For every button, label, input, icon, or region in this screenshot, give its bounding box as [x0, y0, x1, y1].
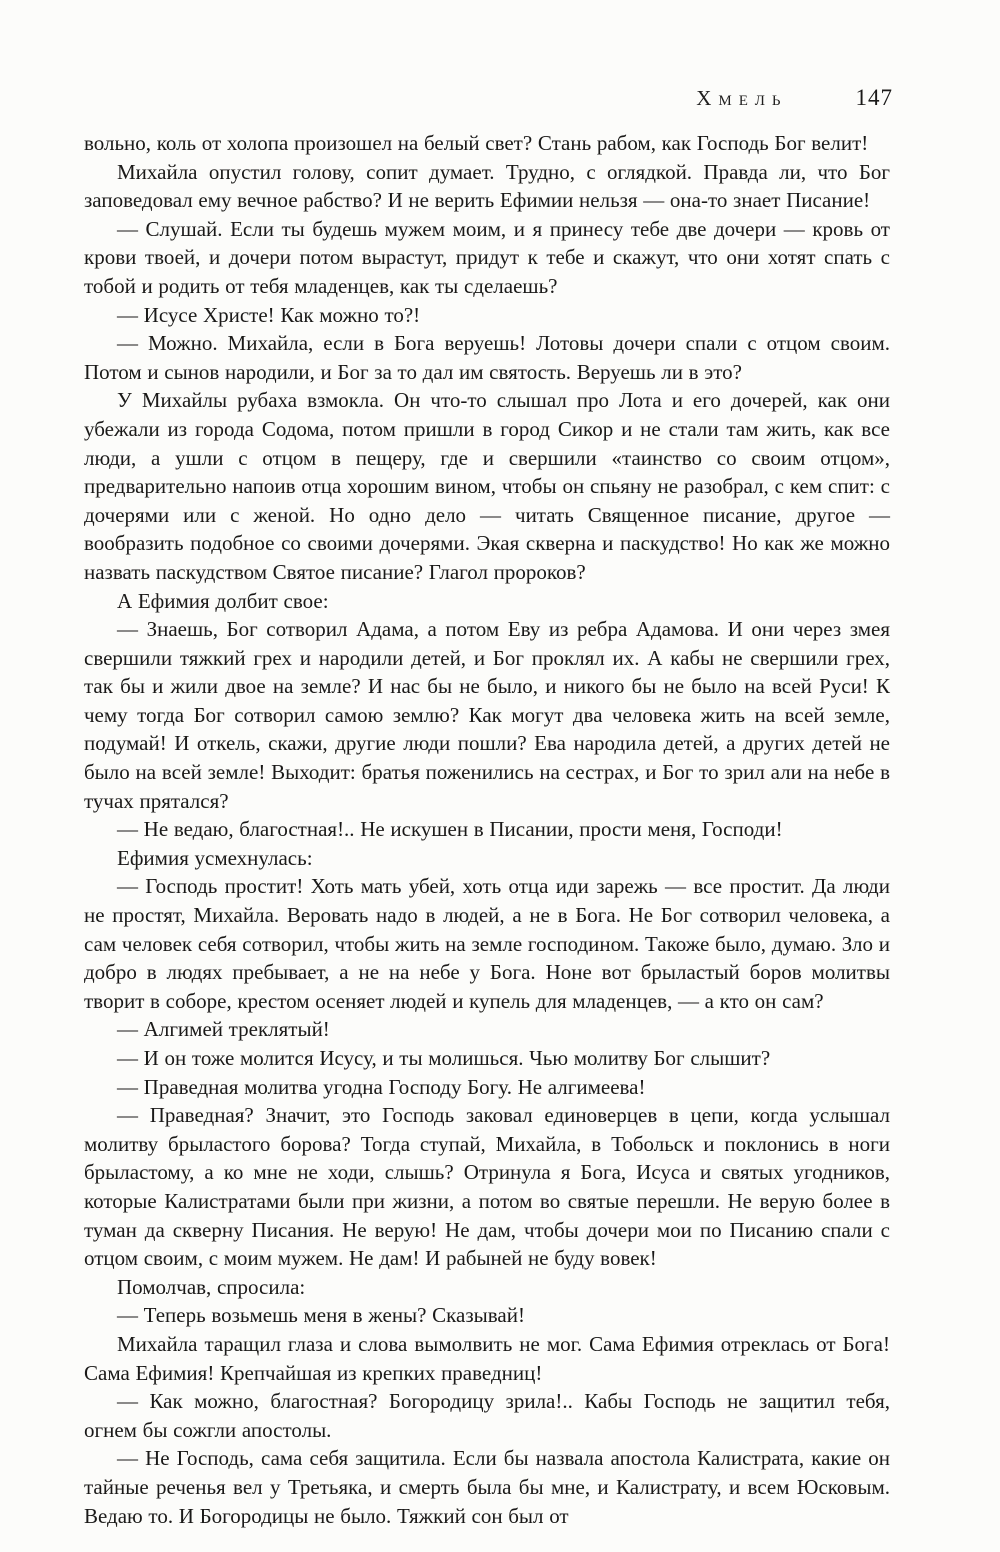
paragraph: У Михайлы рубаха взмокла. Он что-то слыш…	[84, 386, 890, 586]
paragraph: — Слушай. Если ты будешь мужем моим, и я…	[84, 215, 890, 301]
page-body: вольно, коль от холопа произошел на белы…	[84, 129, 890, 1530]
paragraph: — Исусе Христе! Как можно то?!	[84, 301, 890, 330]
running-title: ХМЕЛЬ	[696, 86, 787, 111]
paragraph: — Теперь возьмешь меня в жены? Сказывай!	[84, 1301, 890, 1330]
paragraph: Ефимия усмехнулась:	[84, 844, 890, 873]
paragraph: — Господь простит! Хоть мать убей, хоть …	[84, 872, 890, 1015]
paragraph: Михайла таращил глаза и слова вымолвить …	[84, 1330, 890, 1387]
paragraph: — Праведная молитва угодна Господу Богу.…	[84, 1073, 890, 1102]
paragraph: — Не Господь, сама себя защитила. Если б…	[84, 1444, 890, 1530]
paragraph: — Можно. Михайла, если в Бога веруешь! Л…	[84, 329, 890, 386]
paragraph: — Знаешь, Бог сотворил Адама, а потом Ев…	[84, 615, 890, 815]
paragraph: — Не ведаю, благостная!.. Не искушен в П…	[84, 815, 890, 844]
paragraph: — Алгимей треклятый!	[84, 1015, 890, 1044]
paragraph: — Как можно, благостная? Богородицу зрил…	[84, 1387, 890, 1444]
page-header: ХМЕЛЬ 147	[84, 85, 893, 111]
book-page: ХМЕЛЬ 147 вольно, коль от холопа произош…	[0, 0, 1000, 1552]
paragraph: Помолчав, спросила:	[84, 1273, 890, 1302]
paragraph: — Праведная? Значит, это Господь заковал…	[84, 1101, 890, 1273]
paragraph: А Ефимия долбит свое:	[84, 587, 890, 616]
paragraph: — И он тоже молится Исусу, и ты молишься…	[84, 1044, 890, 1073]
paragraph: вольно, коль от холопа произошел на белы…	[84, 129, 890, 158]
page-number: 147	[856, 85, 894, 111]
paragraph: Михайла опустил голову, сопит думает. Тр…	[84, 158, 890, 215]
